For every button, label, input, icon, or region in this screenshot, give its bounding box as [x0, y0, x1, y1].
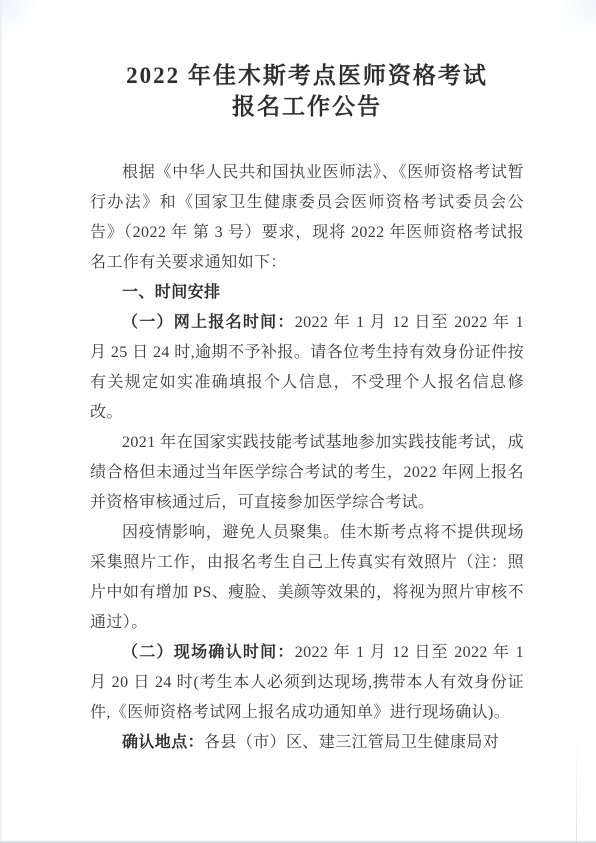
paragraph-text: 根据《中华人民共和国执业医师法》、《医师资格考试暂行办法》和《国家卫生健康委员会…: [90, 164, 524, 271]
paragraph-text: 2021 年在国家实践技能考试基地参加实践技能考试，成绩合格但未通过当年医学综合…: [90, 434, 524, 511]
paragraph-text: 因疫情影响，避免人员聚集。佳木斯考点将不提供现场采集照片工作，由报名考生自己上传…: [90, 524, 524, 631]
title-line-2: 报名工作公告: [90, 91, 524, 122]
document-content: 2022 年佳木斯考点医师资格考试 报名工作公告 根据《中华人民共和国执业医师法…: [0, 0, 596, 843]
paragraph-online-registration-time: （一）网上报名时间：2022 年 1 月 12 日至 2022 年 1 月 25…: [90, 308, 524, 428]
paragraph-onsite-confirmation-time: （二）现场确认时间：2022 年 1 月 12 日至 2022 年 1 月 20…: [90, 638, 524, 728]
section-heading-time-arrangement: 一、时间安排: [90, 278, 524, 308]
document-page: 2022 年佳木斯考点医师资格考试 报名工作公告 根据《中华人民共和国执业医师法…: [0, 0, 596, 843]
paragraph-photo-upload-notice: 因疫情影响，避免人员聚集。佳木斯考点将不提供现场采集照片工作，由报名考生自己上传…: [90, 518, 524, 638]
paragraph-skill-exam-2021: 2021 年在国家实践技能考试基地参加实践技能考试，成绩合格但未通过当年医学综合…: [90, 428, 524, 518]
paragraph-text: 各县（市）区、建三江管局卫生健康局对: [204, 734, 499, 751]
paragraph-lead: 确认地点：: [122, 734, 204, 751]
section-heading-text: 一、时间安排: [122, 284, 220, 301]
title-line-1: 2022 年佳木斯考点医师资格考试: [90, 60, 524, 91]
paragraph-intro: 根据《中华人民共和国执业医师法》、《医师资格考试暂行办法》和《国家卫生健康委员会…: [90, 158, 524, 278]
paragraph-confirmation-location: 确认地点：各县（市）区、建三江管局卫生健康局对: [90, 728, 524, 758]
paragraph-lead: （一）网上报名时间：: [122, 314, 295, 331]
page-title: 2022 年佳木斯考点医师资格考试 报名工作公告: [90, 60, 524, 122]
paragraph-lead: （二）现场确认时间：: [122, 644, 295, 661]
